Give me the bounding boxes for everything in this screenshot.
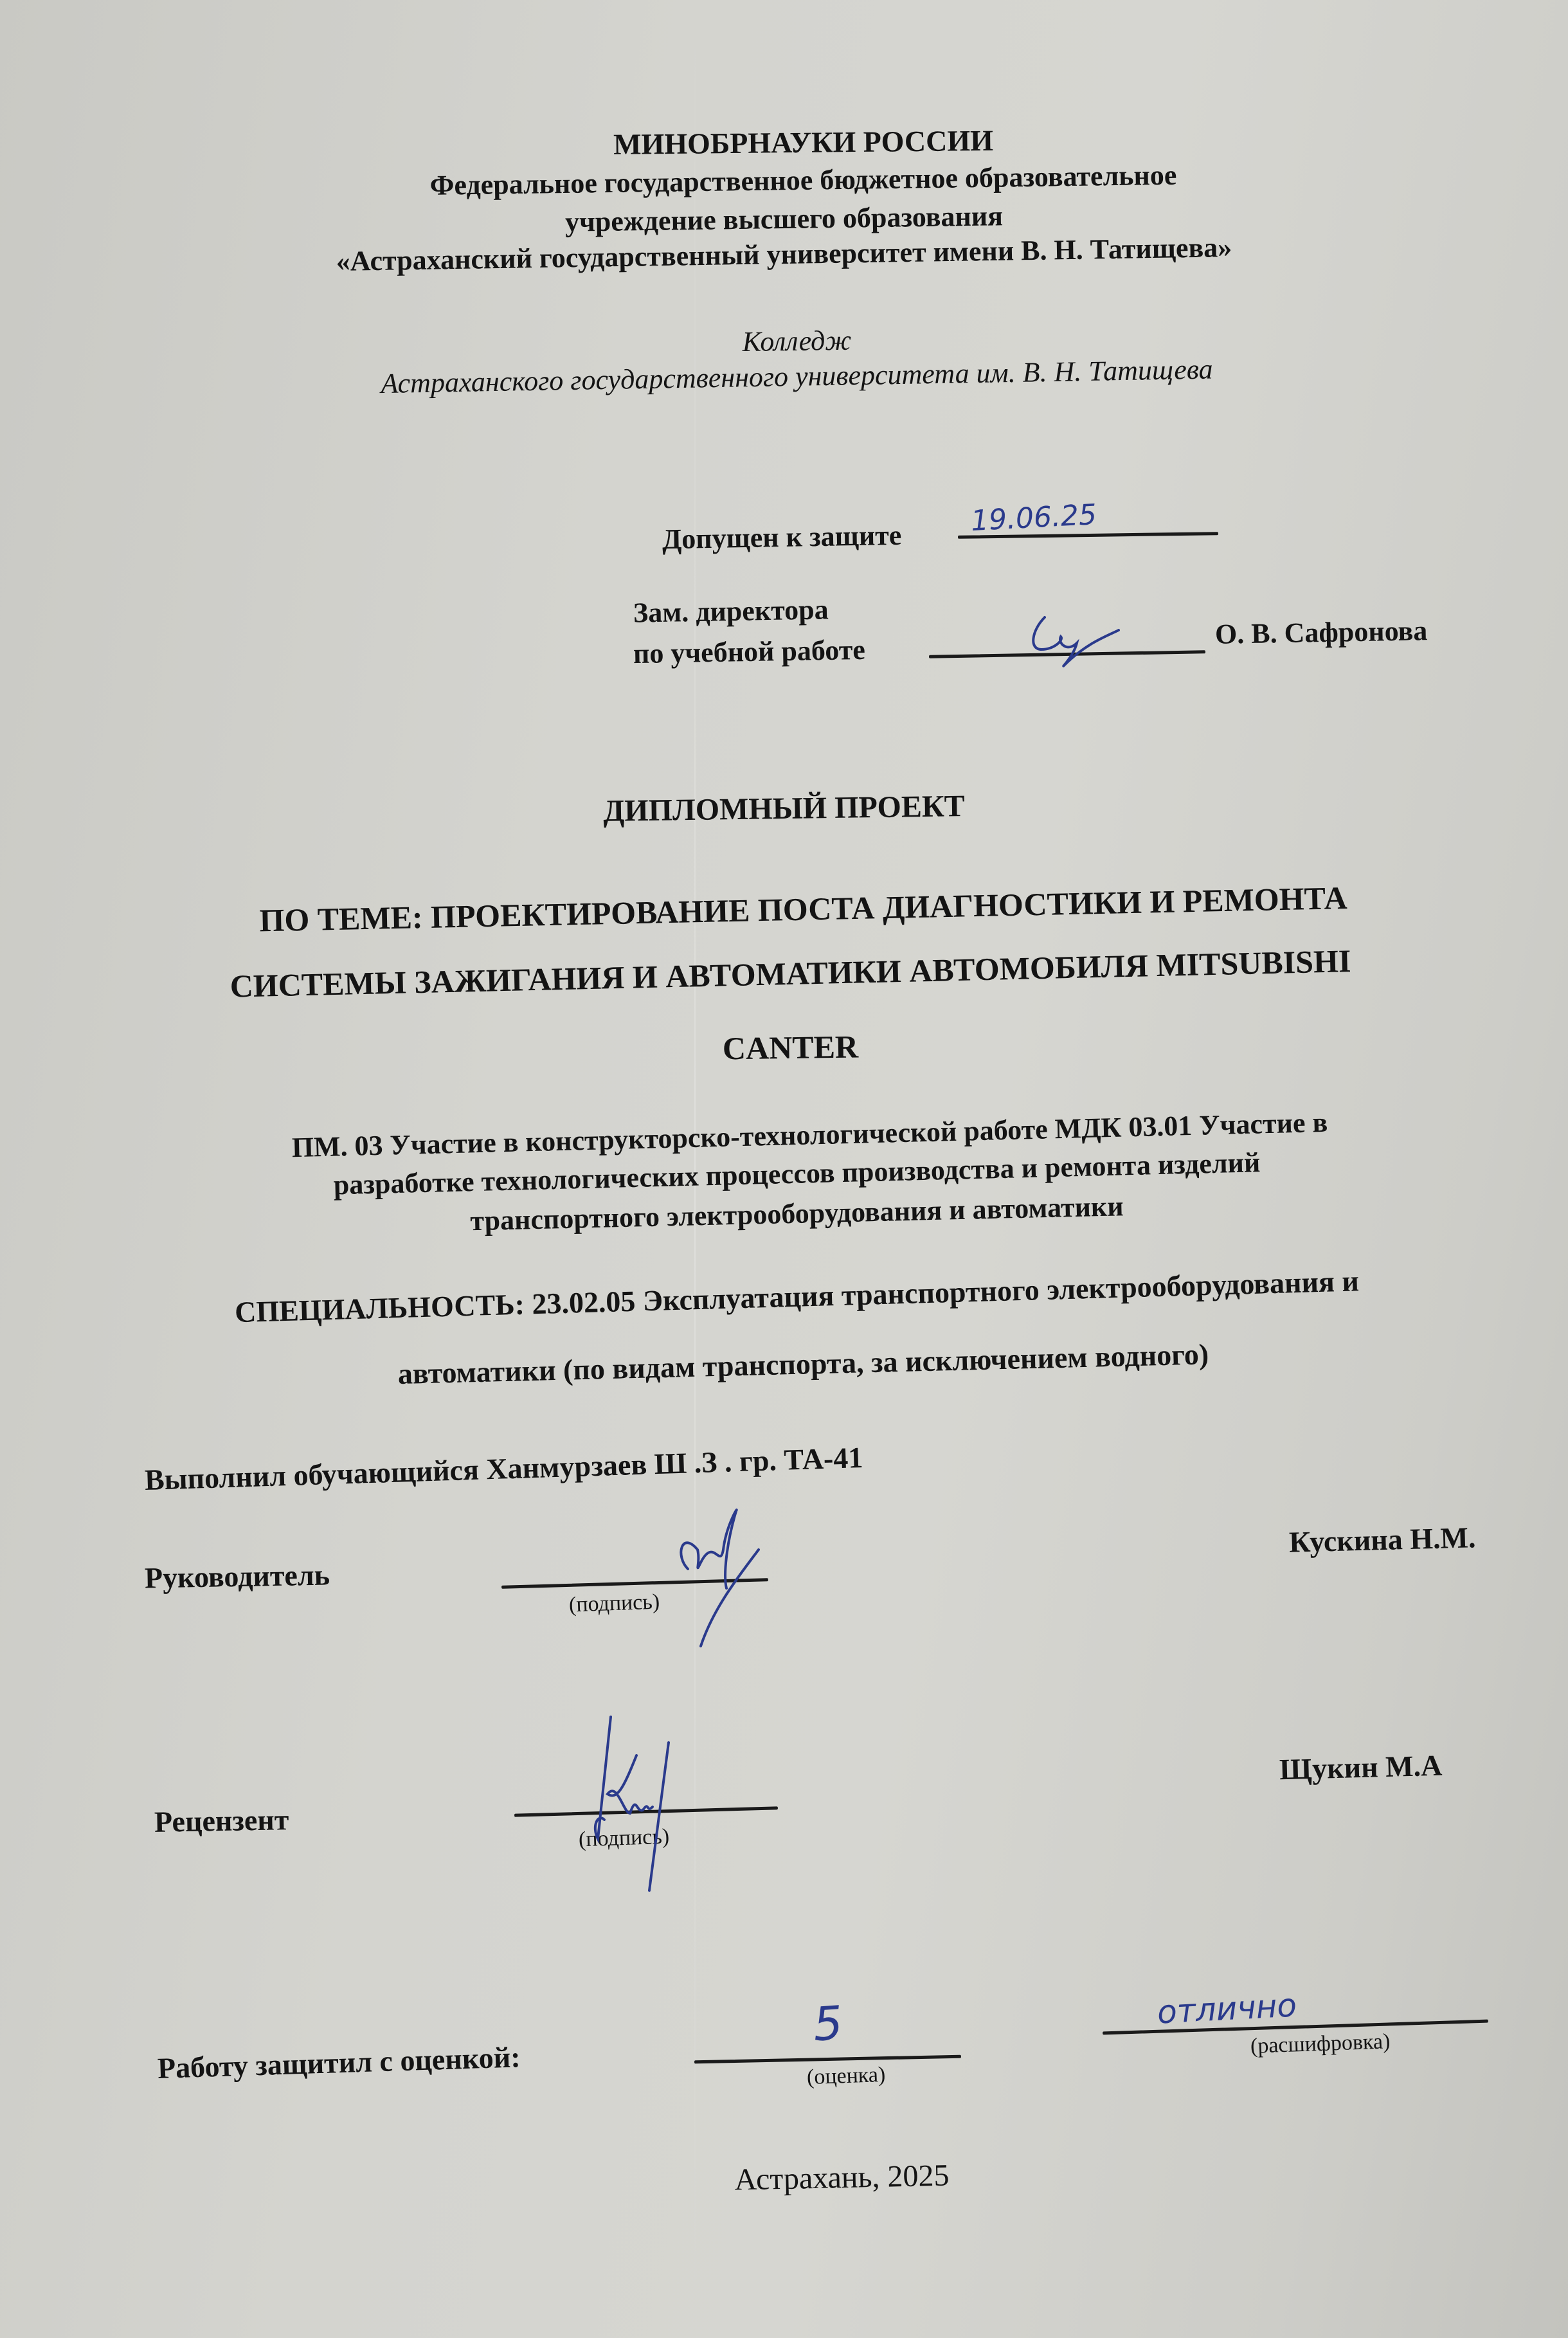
supervisor-label: Руководитель xyxy=(145,1557,330,1595)
grade-value-caption: (оценка) xyxy=(806,2063,885,2090)
grade-text-handwritten: отлично xyxy=(1157,1986,1298,2031)
deputy-name: О. В. Сафронова xyxy=(1215,614,1428,651)
grade-text-caption: (расшифровка) xyxy=(1250,2029,1391,2059)
reviewer-name: Щукин М.А xyxy=(1279,1748,1443,1787)
supervisor-signature xyxy=(662,1492,791,1659)
admitted-date-handwritten: 19.06.25 xyxy=(970,498,1097,538)
deputy-title-line-2: по учебной работе xyxy=(633,633,866,670)
supervisor-name: Кускина Н.М. xyxy=(1288,1520,1476,1559)
admitted-label: Допущен к защите xyxy=(662,519,902,556)
reviewer-label: Рецензент xyxy=(154,1802,289,1839)
deputy-signature xyxy=(1016,604,1144,675)
deputy-title-line-1: Зам. директора xyxy=(633,593,829,629)
supervisor-signature-caption: (подпись) xyxy=(568,1590,660,1618)
grade-value-handwritten: 5 xyxy=(811,1996,845,2052)
reviewer-signature xyxy=(572,1704,714,1897)
